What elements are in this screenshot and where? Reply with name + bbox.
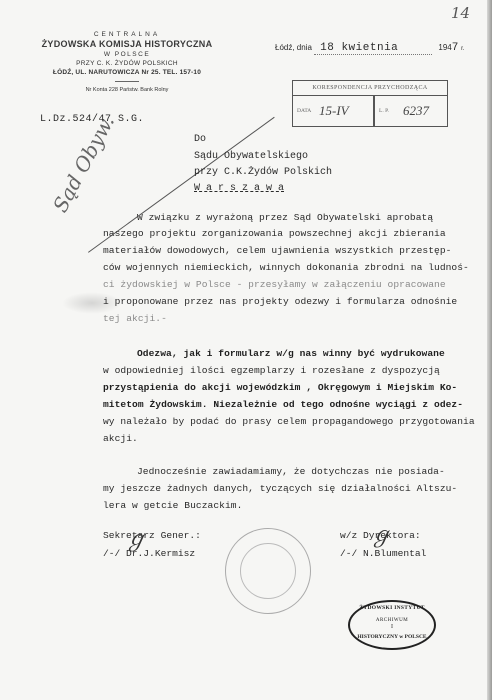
incoming-correspondence-stamp: KORESPONDENCJA PRZYCHODZĄCA DATA 15-IV L… xyxy=(292,80,448,127)
stamp-number-label: L. P. xyxy=(379,97,389,125)
stamp-title: KORESPONDENCJA PRZYCHODZĄCA xyxy=(293,81,447,96)
body-p3-line: Jednocześnie zawiadamiamy, że dotychczas… xyxy=(137,466,445,477)
letterhead-bank-account: Nr Konta 228 Państw. Bank Rolny xyxy=(18,86,236,94)
address-line1: Sądu Obywatelskiego xyxy=(194,151,308,162)
stamp-number-value: 6237 xyxy=(403,97,429,125)
body-p2-line: w odpowiedniej ilości egzemplarzy i roze… xyxy=(103,365,440,376)
letterhead: CENTRALNA ŻYDOWSKA KOMISJA HISTORYCZNA W… xyxy=(18,30,236,94)
letterhead-organization: ŻYDOWSKA KOMISJA HISTORYCZNA xyxy=(18,39,236,50)
right-handwritten-signature: ℊ xyxy=(370,518,392,549)
archive-stamp-line1: ŻYDOWSKI INSTYTUT xyxy=(350,605,434,611)
letterhead-line1: CENTRALNA xyxy=(18,30,236,39)
page-edge-shadow xyxy=(487,0,492,700)
address-line2: przy C.K.Żydów Polskich xyxy=(194,167,332,178)
letterhead-divider xyxy=(115,81,139,82)
stamp-date-value: 15-IV xyxy=(319,97,349,125)
stamp-date-label: DATA xyxy=(297,97,311,125)
archive-stamp-line2: ARCHIWUM xyxy=(350,618,434,623)
body-p1-line: ci żydowskiej w Polsce - przesyłamy w za… xyxy=(103,279,446,290)
body-p2-line: Odezwa, jak i formularz w/g nas winny by… xyxy=(137,348,445,359)
letterhead-line4: PRZY C. K. ŻYDÓW POLSKICH xyxy=(18,59,236,68)
body-p3-line: my jeszcze żadnych danych, tyczących się… xyxy=(103,483,457,494)
page-number: 14 xyxy=(451,4,470,22)
body-p1-line: W związku z wyrażoną przez Sąd Obywatels… xyxy=(137,212,433,223)
body-p2-line: akcji. xyxy=(103,433,138,444)
date-year-prefix: 194 xyxy=(438,43,451,52)
body-p2-line: wy należało by podać do prasy celem prop… xyxy=(103,416,475,427)
body-p1-line: i proponowane przez nas projekty odezwy … xyxy=(103,296,457,307)
date-suffix: r. xyxy=(461,46,464,52)
right-signatory-name: /-/ N.Blumental xyxy=(340,548,426,559)
round-stamp-inner-ring xyxy=(240,543,296,599)
archive-stamp-line3: I xyxy=(350,624,434,630)
scanned-letter-page: 14 CENTRALNA ŻYDOWSKA KOMISJA HISTORYCZN… xyxy=(0,0,492,700)
letter-date: Łódź, dnia 18 kwietnia 1947 r. xyxy=(275,42,464,55)
date-prefix: Łódź, dnia xyxy=(275,43,312,52)
body-p1-line: materiałów dowodowych, celem ujawnienia … xyxy=(103,245,451,256)
left-signatory-name: /-/ Dr.J.Kermisz xyxy=(103,548,195,559)
date-year-suffix: 7 xyxy=(452,42,459,54)
address-to: Do xyxy=(194,134,206,145)
body-p2-line: przystąpienia do akcji wojewódzkim , Okr… xyxy=(103,382,457,393)
body-p1-line: ców wojennych niemieckich, winnych dokon… xyxy=(103,262,469,273)
handwritten-margin-note: Sąd Obyw. xyxy=(48,111,119,216)
body-p3-line: lera w getcie Buczackim. xyxy=(103,500,242,511)
archive-stamp-line4: HISTORYCZNY w POLSCE xyxy=(350,634,434,640)
left-handwritten-signature: ℊ xyxy=(125,522,147,553)
body-p2-line: mitetom Żydowskim. Niezależnie od tego o… xyxy=(103,399,463,410)
commission-round-stamp xyxy=(225,528,311,614)
body-p1-line: tej akcji.- xyxy=(103,313,167,324)
letterhead-address: ŁÓDŹ, UL. NARUTOWICZA Nr 25. TEL. 157-10 xyxy=(18,68,236,78)
archive-oval-stamp: ŻYDOWSKI INSTYTUT ARCHIWUM I HISTORYCZNY… xyxy=(348,600,436,650)
date-day-month: 18 kwietnia xyxy=(314,42,432,55)
letterhead-line3: W POLSCE xyxy=(18,50,236,59)
body-p1-line: naszego projektu zorganizowania powszech… xyxy=(103,228,446,239)
left-signatory-title: Sekretarz Gener.: xyxy=(103,530,201,541)
address-city: W a r s z a w a xyxy=(194,183,284,194)
stamp-divider xyxy=(373,96,375,126)
